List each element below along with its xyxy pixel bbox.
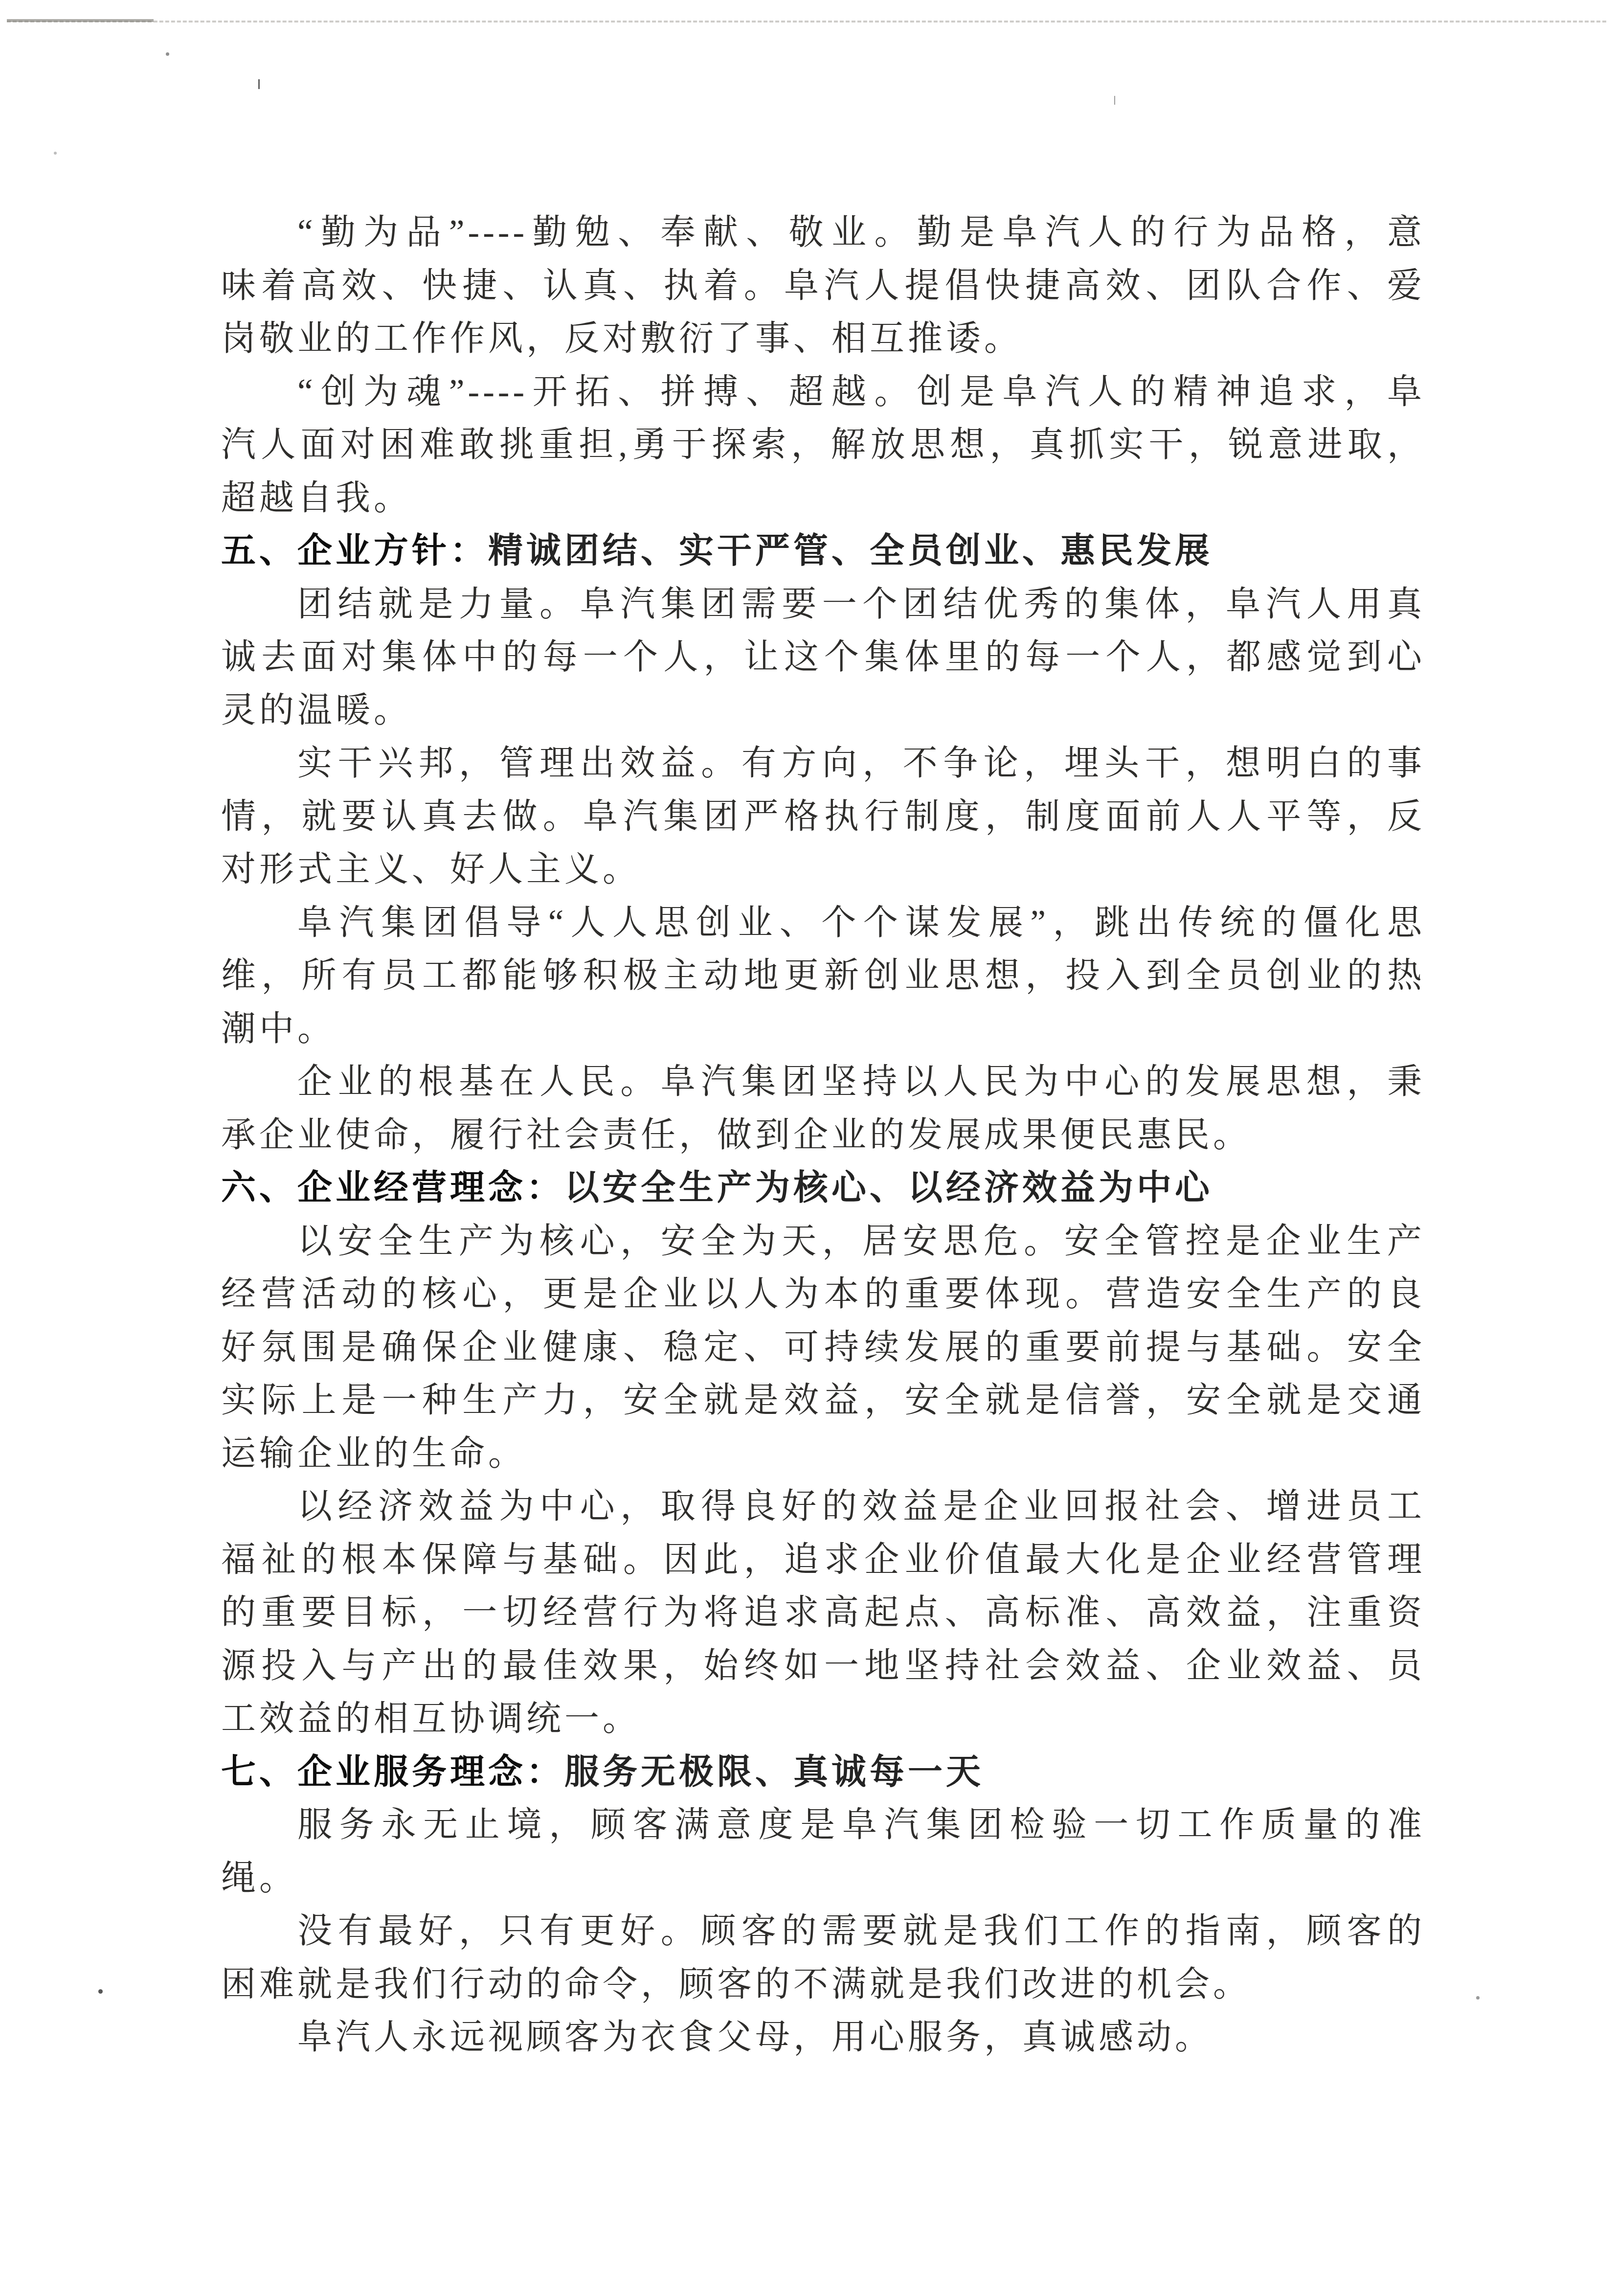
text-line: 以经济效益为中心，取得良好的效益是企业回报社会、增进员工 xyxy=(221,1480,1425,1533)
scanned-page: “勤为品”----勤勉、奉献、敬业。勤是阜汽人的行为品格，意 味着高效、快捷、认… xyxy=(0,0,1617,2296)
scan-tick-artifact xyxy=(258,79,260,89)
text-line: 岗敬业的工作作风，反对敷衍了事、相互推诿。 xyxy=(221,312,1425,365)
heading-label: 七、企业服务理念： xyxy=(221,1753,564,1791)
text-line: 没有最好，只有更好。顾客的需要就是我们工作的指南，顾客的 xyxy=(221,1905,1425,1958)
scan-line-artifact xyxy=(7,21,1606,23)
text-line: 经营活动的核心，更是企业以人为本的重要体现。营造安全生产的良 xyxy=(221,1268,1425,1321)
text-line: 服务永无止境，顾客满意度是阜汽集团检验一切工作质量的准 xyxy=(221,1798,1425,1852)
paragraph-chuang-wei-hun: “创为魂”----开拓、拼搏、超越。创是阜汽人的精神追求，阜 汽人面对困难敢挑重… xyxy=(221,365,1425,525)
text-line: 福祉的根本保障与基础。因此，追求企业价值最大化是企业经营管理 xyxy=(221,1533,1425,1587)
scan-speck xyxy=(98,1989,103,1994)
paragraph-hard-work: 实干兴邦，管理出效益。有方向，不争论，埋头干，想明白的事 情，就要认真去做。阜汽… xyxy=(221,737,1425,896)
text-line: 承企业使命，履行社会责任，做到企业的发展成果便民惠民。 xyxy=(221,1109,1425,1162)
text-line: 企业的根基在人民。阜汽集团坚持以人民为中心的发展思想，秉 xyxy=(221,1055,1425,1109)
text-line: 实际上是一种生产力，安全就是效益，安全就是信誉，安全就是交通 xyxy=(221,1374,1425,1427)
text-line: 灵的温暖。 xyxy=(221,684,1425,737)
text-line: 汽人面对困难敢挑重担,勇于探索，解放思想，真抓实干，锐意进取， xyxy=(221,418,1425,472)
text-line: 好氛围是确保企业健康、稳定、可持续发展的重要前提与基础。安全 xyxy=(221,1321,1425,1374)
text-line: 情，就要认真去做。阜汽集团严格执行制度，制度面前人人平等，反 xyxy=(221,790,1425,843)
paragraph-customer-parents: 阜汽人永远视顾客为衣食父母，用心服务，真诚感动。 xyxy=(221,2011,1425,2064)
text-line: “创为魂”----开拓、拼搏、超越。创是阜汽人的精神追求，阜 xyxy=(221,365,1425,419)
scan-line-dark-segment xyxy=(7,19,154,22)
heading-label: 六、企业经营理念： xyxy=(221,1169,564,1207)
text-line: 超越自我。 xyxy=(221,472,1425,525)
text-line: “勤为品”----勤勉、奉献、敬业。勤是阜汽人的行为品格，意 xyxy=(221,206,1425,259)
text-line: 诚去面对集体中的每一个人，让这个集体里的每一个人，都感觉到心 xyxy=(221,631,1425,684)
paragraph-qin-wei-pin: “勤为品”----勤勉、奉献、敬业。勤是阜汽人的行为品格，意 味着高效、快捷、认… xyxy=(221,206,1425,365)
scan-tick-artifact xyxy=(1114,96,1115,105)
text-line: 阜汽集团倡导“人人思创业、个个谋发展”，跳出传统的僵化思 xyxy=(221,896,1425,950)
text-line: 的重要目标，一切经营行为将追求高起点、高标准、高效益，注重资 xyxy=(221,1586,1425,1639)
heading-slogan: 服务无极限、真诚每一天 xyxy=(564,1753,984,1791)
text-line: 运输企业的生命。 xyxy=(221,1427,1425,1480)
paragraph-entrepreneurship: 阜汽集团倡导“人人思创业、个个谋发展”，跳出传统的僵化思 维，所有员工都能够积极… xyxy=(221,896,1425,1056)
paragraph-no-best: 没有最好，只有更好。顾客的需要就是我们工作的指南，顾客的 困难就是我们行动的命令… xyxy=(221,1905,1425,2011)
section-heading-5: 五、企业方针：精诚团结、实干严管、全员创业、惠民发展 xyxy=(221,524,1425,578)
section-heading-7: 七、企业服务理念：服务无极限、真诚每一天 xyxy=(221,1746,1425,1799)
scan-speck xyxy=(54,152,57,155)
text-line: 源投入与产出的最佳效果，始终如一地坚持社会效益、企业效益、员 xyxy=(221,1639,1425,1693)
paragraph-unity: 团结就是力量。阜汽集团需要一个团结优秀的集体，阜汽人用真 诚去面对集体中的每一个… xyxy=(221,578,1425,737)
text-line: 困难就是我们行动的命令，顾客的不满就是我们改进的机会。 xyxy=(221,1958,1425,2011)
text-line: 阜汽人永远视顾客为衣食父母，用心服务，真诚感动。 xyxy=(221,2011,1425,2064)
document-body: “勤为品”----勤勉、奉献、敬业。勤是阜汽人的行为品格，意 味着高效、快捷、认… xyxy=(221,206,1425,2064)
text-line: 绳。 xyxy=(221,1852,1425,1905)
paragraph-service-endless: 服务永无止境，顾客满意度是阜汽集团检验一切工作质量的准 绳。 xyxy=(221,1798,1425,1905)
text-line: 工效益的相互协调统一。 xyxy=(221,1692,1425,1746)
text-line: 团结就是力量。阜汽集团需要一个团结优秀的集体，阜汽人用真 xyxy=(221,578,1425,631)
heading-slogan: 以安全生产为核心、以经济效益为中心 xyxy=(564,1169,1213,1207)
paragraph-people-foundation: 企业的根基在人民。阜汽集团坚持以人民为中心的发展思想，秉 承企业使命，履行社会责… xyxy=(221,1055,1425,1161)
scan-speck xyxy=(166,52,169,56)
heading-label: 五、企业方针： xyxy=(221,532,488,570)
section-heading-6: 六、企业经营理念：以安全生产为核心、以经济效益为中心 xyxy=(221,1161,1425,1215)
text-line: 以安全生产为核心，安全为天，居安思危。安全管控是企业生产 xyxy=(221,1215,1425,1268)
text-line: 对形式主义、好人主义。 xyxy=(221,843,1425,896)
text-line: 潮中。 xyxy=(221,1002,1425,1056)
text-line: 维，所有员工都能够积极主动地更新创业思想，投入到全员创业的热 xyxy=(221,949,1425,1002)
text-line: 味着高效、快捷、认真、执着。阜汽人提倡快捷高效、团队合作、爱 xyxy=(221,259,1425,313)
paragraph-economic-benefit: 以经济效益为中心，取得良好的效益是企业回报社会、增进员工 福祉的根本保障与基础。… xyxy=(221,1480,1425,1746)
text-line: 实干兴邦，管理出效益。有方向，不争论，埋头干，想明白的事 xyxy=(221,737,1425,790)
paragraph-safety-core: 以安全生产为核心，安全为天，居安思危。安全管控是企业生产 经营活动的核心，更是企… xyxy=(221,1215,1425,1480)
scan-speck xyxy=(1476,1996,1480,2000)
heading-slogan: 精诚团结、实干严管、全员创业、惠民发展 xyxy=(488,532,1213,570)
